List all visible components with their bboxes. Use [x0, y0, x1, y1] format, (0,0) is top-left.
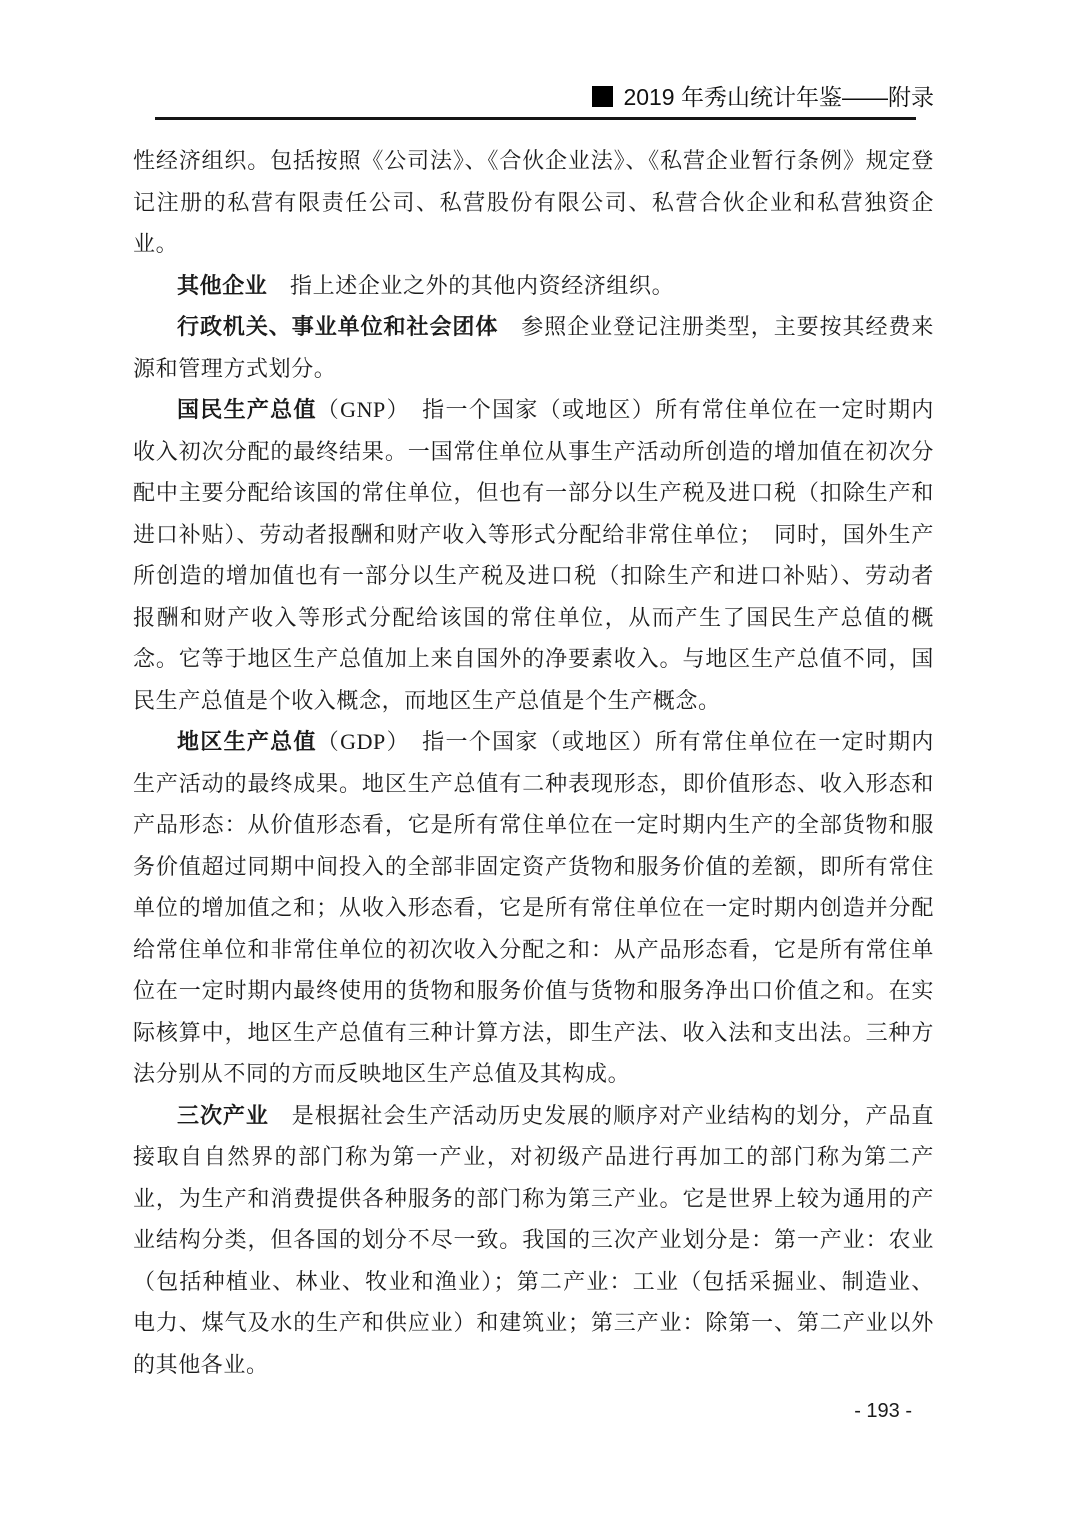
paragraph: 性经济组织。包括按照《公司法》、《合伙企业法》、《私营企业暂行条例》规定登记注册…	[133, 140, 934, 265]
paragraph: 行政机关、事业单位和社会团体 参照企业登记注册类型，主要按其经费来源和管理方式划…	[133, 306, 934, 389]
header-title: 2019 年秀山统计年鉴——附录	[623, 84, 934, 110]
header-rule	[155, 117, 916, 120]
body-text: 性经济组织。包括按照《公司法》、《合伙企业法》、《私营企业暂行条例》规定登记注册…	[133, 140, 934, 1385]
paragraph-text: 指一个国家（或地区）所有常住单位在一定时期内收入初次分配的最终结果。一国常住单位…	[133, 397, 934, 713]
page-number: - 193 -	[854, 1400, 912, 1423]
paragraph: 地区生产总值（GDP） 指一个国家（或地区）所有常住单位在一定时期内生产活动的最…	[133, 721, 934, 1095]
paragraph-text: 性经济组织。包括按照《公司法》、《合伙企业法》、《私营企业暂行条例》规定登记注册…	[133, 148, 934, 256]
term-bold: 三次产业	[177, 1103, 269, 1128]
page-header: ■2019 年秀山统计年鉴——附录	[133, 84, 934, 110]
term-note: （GDP）	[317, 729, 399, 754]
black-square-icon: ■	[592, 86, 613, 107]
paragraph: 三次产业 是根据社会生产活动历史发展的顺序对产业结构的划分，产品直接取自自然界的…	[133, 1095, 934, 1386]
paragraph: 国民生产总值（GNP） 指一个国家（或地区）所有常住单位在一定时期内收入初次分配…	[133, 389, 934, 721]
term-bold: 其他企业	[177, 273, 267, 298]
term-bold: 行政机关、事业单位和社会团体	[177, 314, 498, 339]
paragraph-text: 指一个国家（或地区）所有常住单位在一定时期内生产活动的最终成果。地区生产总值有二…	[133, 729, 934, 1086]
paragraph: 其他企业 指上述企业之外的其他内资经济组织。	[133, 265, 934, 307]
term-bold: 地区生产总值	[177, 729, 317, 754]
term-bold: 国民生产总值	[177, 397, 317, 422]
paragraph-text: 指上述企业之外的其他内资经济组织。	[267, 273, 674, 298]
page-content: ■2019 年秀山统计年鉴——附录 性经济组织。包括按照《公司法》、《合伙企业法…	[133, 84, 934, 1385]
term-note: （GNP）	[317, 397, 399, 422]
paragraph-text: 是根据社会生产活动历史发展的顺序对产业结构的划分，产品直接取自自然界的部门称为第…	[133, 1103, 934, 1377]
